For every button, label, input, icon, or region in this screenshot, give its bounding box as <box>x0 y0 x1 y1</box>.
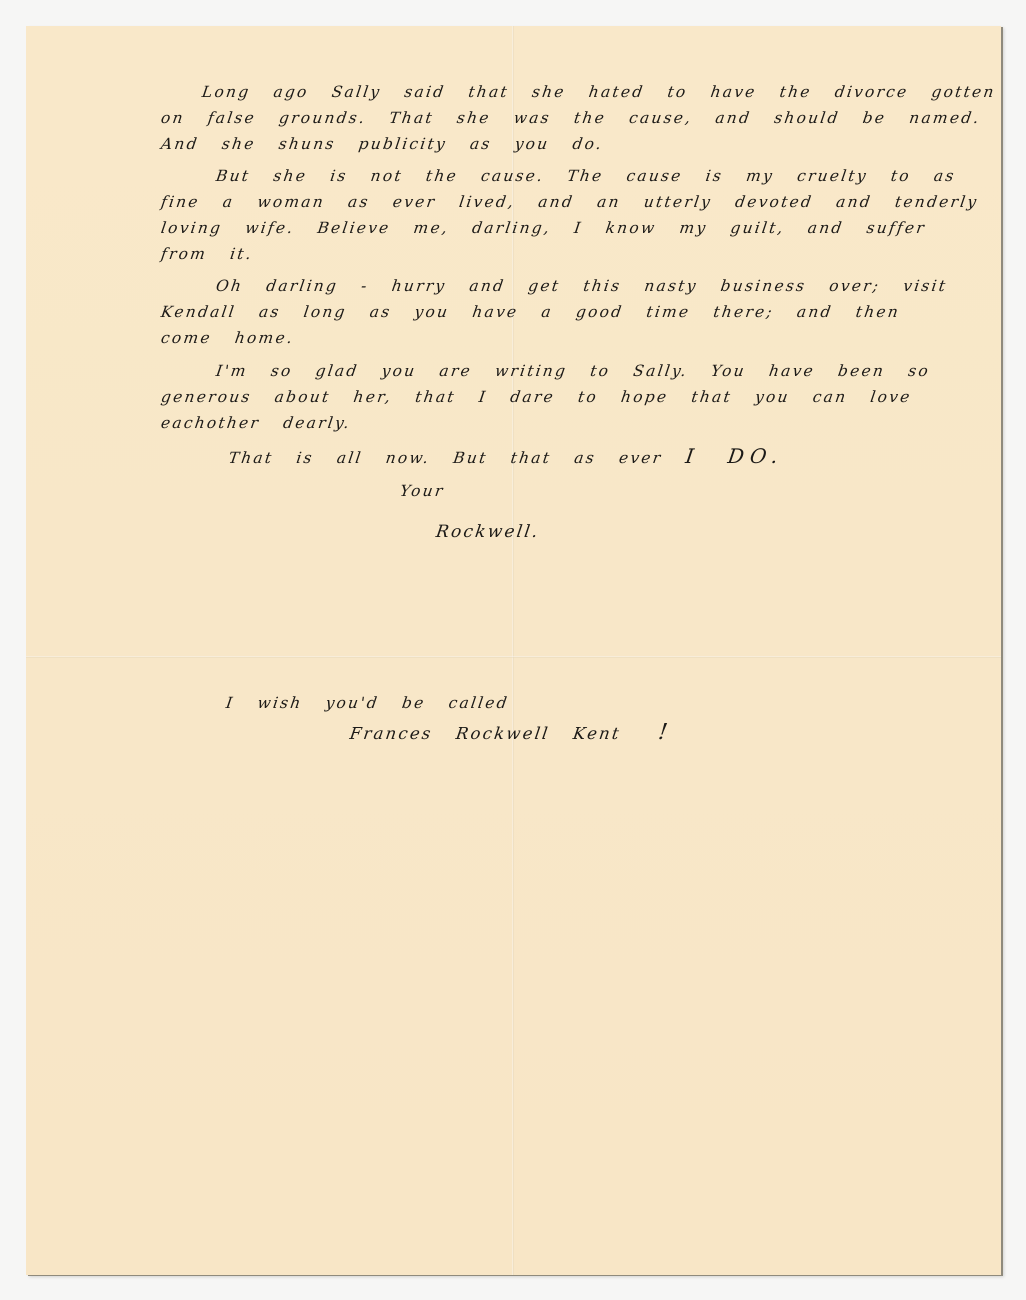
letter-line: And she shuns publicity as you do. <box>160 137 604 153</box>
letter-line: come home. <box>160 331 295 347</box>
letter-line: generous about her, that I dare to hope … <box>160 390 913 406</box>
postscript-exclamation: ! <box>657 720 672 745</box>
vertical-fold-crease <box>512 26 514 1275</box>
postscript-name: Frances Rockwell Kent <box>349 724 623 743</box>
closing-line: That is all now. But that as ever I DO. <box>228 446 786 467</box>
letter-line: fine a woman as ever lived, and an utter… <box>160 195 979 211</box>
postscript-line-2: Frances Rockwell Kent ! <box>348 722 671 744</box>
letter-line: eachother dearly. <box>160 416 352 432</box>
signature: Rockwell. <box>435 524 541 541</box>
letter-sheet: Long ago Sally said that she hated to ha… <box>26 26 1001 1275</box>
valediction: Your <box>399 484 446 500</box>
letter-line: from it. <box>160 247 254 263</box>
letter-line: Kendall as long as you have a good time … <box>160 305 901 321</box>
letter-line: Long ago Sally said that she hated to ha… <box>201 85 997 101</box>
letter-line: Oh darling - hurry and get this nasty bu… <box>215 279 948 295</box>
letter-line: I'm so glad you are writing to Sally. Yo… <box>215 364 931 380</box>
letter-line: on false grounds. That she was the cause… <box>160 111 982 127</box>
letter-line: loving wife. Believe me, darling, I know… <box>160 221 927 237</box>
postscript-line-1: I wish you'd be called <box>225 696 510 712</box>
closing-emphasis: I DO. <box>684 444 785 468</box>
letter-line: But she is not the cause. The cause is m… <box>215 169 957 185</box>
closing-text: That is all now. But that as ever <box>227 449 663 467</box>
horizontal-fold-crease <box>26 656 1001 658</box>
